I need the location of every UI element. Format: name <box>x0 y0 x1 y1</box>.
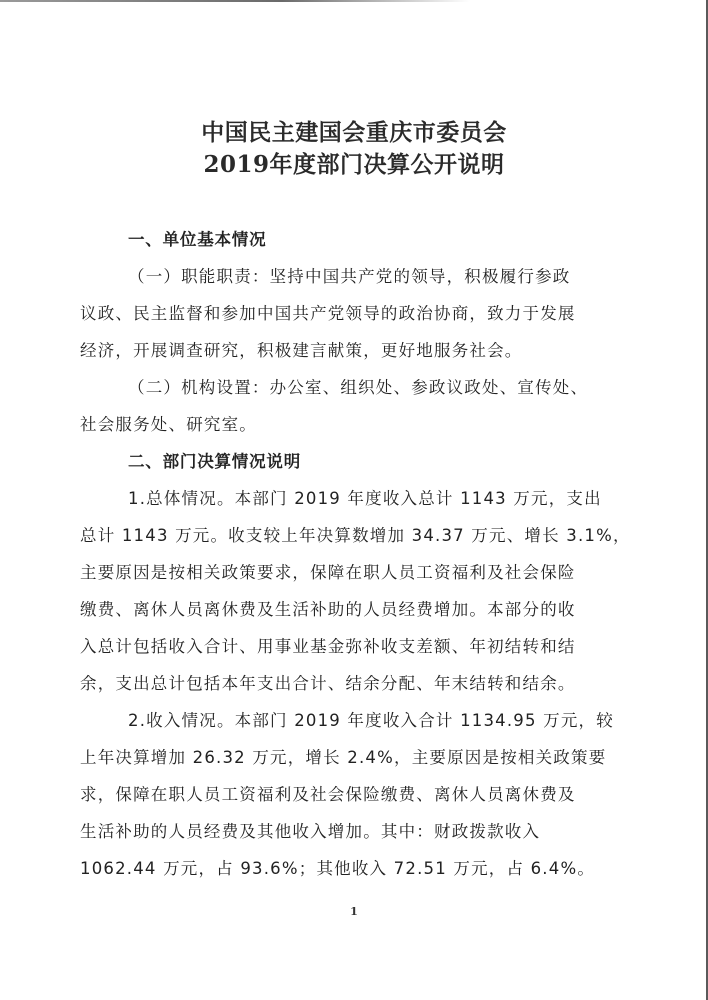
section-heading-2: 二、部门决算情况说明 <box>80 448 688 472</box>
paragraph-line: 入总计包括收入合计、用事业基金弥补收支差额、年初结转和结 <box>80 633 640 657</box>
page-number: 1 <box>0 905 708 918</box>
paragraph-line: 缴费、离休人员离休费及生活补助的人员经费增加。本部分的收 <box>80 596 640 620</box>
document-subtitle: 2019年度部门决算公开说明 <box>0 146 708 179</box>
paragraph-line: 2.收入情况。本部门 2019 年度收入合计 1134.95 万元，较 <box>80 707 688 731</box>
paragraph-line: 主要原因是按相关政策要求，保障在职人员工资福利及社会保险 <box>80 559 640 583</box>
paragraph-line: 生活补助的人员经费及其他收入增加。其中：财政拨款收入 <box>80 818 640 842</box>
paragraph-line: （一）职能职责：坚持中国共产党的领导，积极履行参政 <box>80 263 688 287</box>
paragraph-line: 余，支出总计包括本年支出合计、结余分配、年末结转和结余。 <box>80 670 640 694</box>
scan-edge-top <box>0 0 470 2</box>
paragraph-line: 社会服务处、研究室。 <box>80 411 640 435</box>
paragraph-line: （二）机构设置：办公室、组织处、参政议政处、宣传处、 <box>80 374 688 398</box>
paragraph-line: 议政、民主监督和参加中国共产党领导的政治协商，致力于发展 <box>80 300 640 324</box>
paragraph-line: 上年决算增加 26.32 万元，增长 2.4%，主要原因是按相关政策要 <box>80 744 640 768</box>
paragraph-line: 1062.44 万元，占 93.6%；其他收入 72.51 万元，占 6.4%。 <box>80 855 640 879</box>
paragraph-line: 1.总体情况。本部门 2019 年度收入总计 1143 万元，支出 <box>80 485 688 509</box>
paragraph-line: 求，保障在职人员工资福利及社会保险缴费、离休人员离休费及 <box>80 781 640 805</box>
document-title: 中国民主建国会重庆市委员会 <box>0 114 708 147</box>
section-heading-1: 一、单位基本情况 <box>80 226 688 250</box>
paragraph-line: 经济，开展调查研究，积极建言献策，更好地服务社会。 <box>80 337 640 361</box>
paragraph-line: 总计 1143 万元。收支较上年决算数增加 34.37 万元、增长 3.1%， <box>80 522 640 546</box>
